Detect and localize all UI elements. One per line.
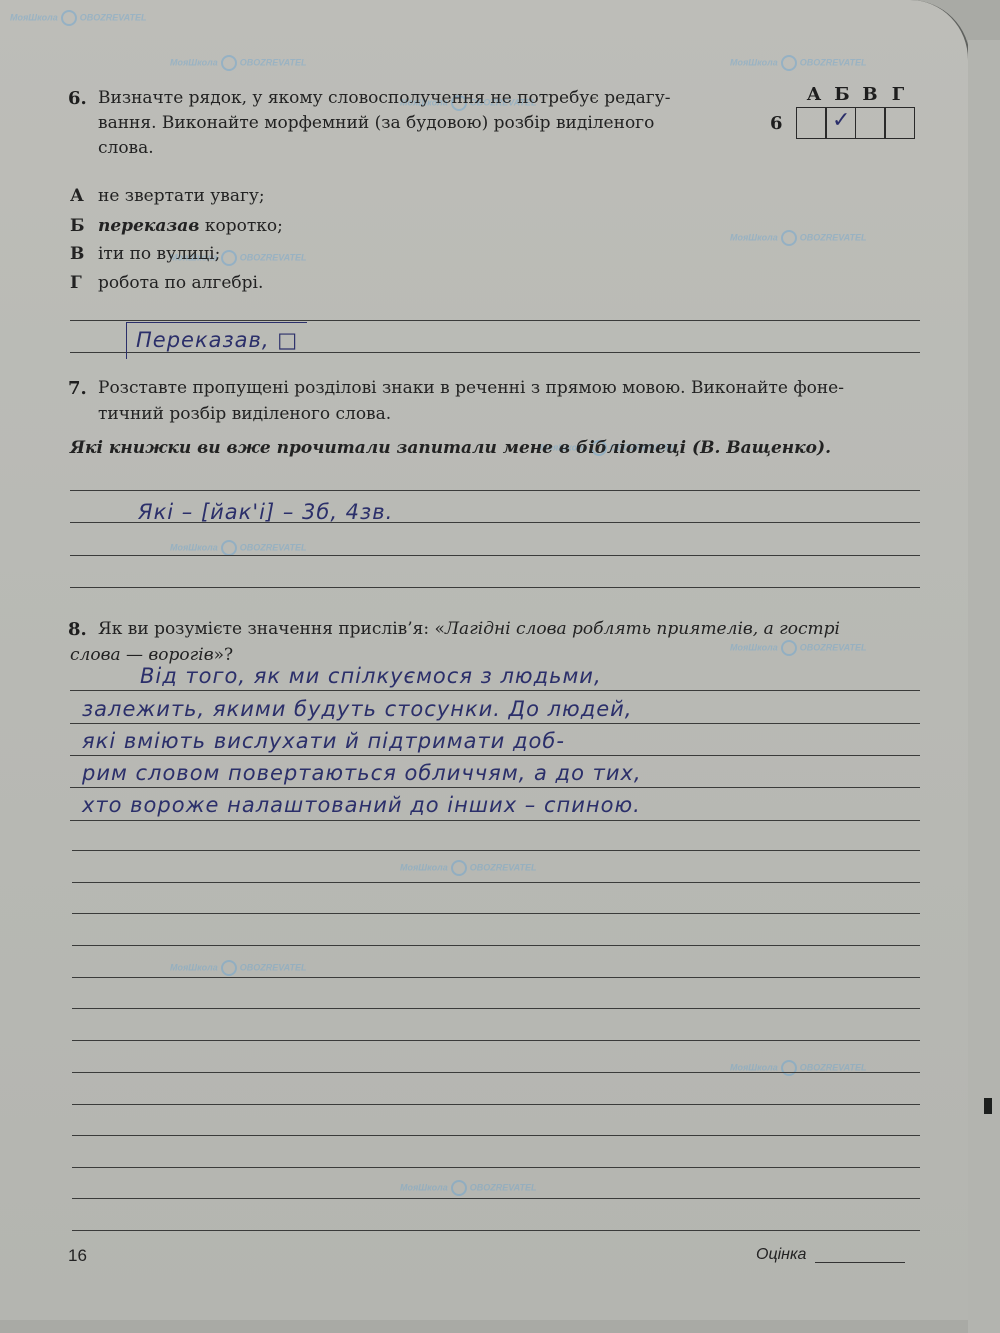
task-8-line-1: Як ви розумієте значення прислів’я: «Лаг… xyxy=(98,617,840,642)
task-6-line-2: вання. Виконайте морфемний (за будовою) … xyxy=(98,111,654,136)
answer-grid-col-v: В xyxy=(856,84,884,105)
watermark-logo-icon xyxy=(61,10,77,26)
task-7-line-2: тичний розбір виділеного слова. xyxy=(98,402,391,427)
highlighted-word: переказав xyxy=(98,216,199,236)
answer-cell-a[interactable] xyxy=(796,107,827,139)
watermark: МояШколаOBOZREVATEL xyxy=(170,540,306,556)
option-b: Бпереказав коротко; xyxy=(70,216,283,236)
handwritten-answer-8-line-5: хто вороже налаштований до інших – спино… xyxy=(82,793,641,817)
answer-line xyxy=(72,1198,920,1199)
watermark-logo-icon xyxy=(221,250,237,266)
answer-cell-v[interactable] xyxy=(855,107,886,139)
next-page-edge xyxy=(968,40,1000,1333)
answer-line xyxy=(70,555,920,556)
grade-field-line xyxy=(815,1262,905,1263)
answer-line xyxy=(70,755,920,756)
answer-line xyxy=(72,1104,920,1105)
watermark: МояШколаOBOZREVATEL xyxy=(730,1060,866,1076)
answer-line xyxy=(70,320,920,321)
answer-grid-row-label: 6 xyxy=(770,113,783,134)
option-v: Віти по вулиці; xyxy=(70,244,220,264)
answer-grid: ✓ xyxy=(797,107,915,139)
watermark: МояШколаOBOZREVATEL xyxy=(400,860,536,876)
answer-line xyxy=(70,723,920,724)
grade-label: Оцінка xyxy=(756,1246,806,1264)
watermark: МояШколаOBOZREVATEL xyxy=(730,640,866,656)
handwritten-answer-7: Які – [йак'і] – 3б, 4зв. xyxy=(138,500,393,524)
answer-line xyxy=(72,913,920,914)
handwritten-answer-8-line-1: Від того, як ми спілкуємося з людьми, xyxy=(140,664,602,688)
check-icon: ✓ xyxy=(832,108,850,133)
task-6-number: 6. xyxy=(68,88,87,109)
answer-line xyxy=(72,1230,920,1231)
watermark: МояШколаOBOZREVATEL xyxy=(170,960,306,976)
answer-line xyxy=(72,1167,920,1168)
task-6-line-3: слова. xyxy=(98,136,154,161)
option-a: Ане звертати увагу; xyxy=(70,186,265,206)
watermark: МояШколаOBOZREVATEL xyxy=(400,1180,536,1196)
handwritten-answer-6: Переказав, □ xyxy=(136,328,298,352)
watermark-logo-icon xyxy=(221,540,237,556)
answer-line xyxy=(72,1135,920,1136)
task-7-number: 7. xyxy=(68,378,87,399)
answer-grid-header: А Б В Г xyxy=(800,84,912,105)
workbook-page: МояШколаOBOZREVATEL МояШколаOBOZREVATEL … xyxy=(0,0,970,1320)
watermark-logo-icon xyxy=(781,1060,797,1076)
answer-line xyxy=(72,945,920,946)
answer-grid-col-b: Б xyxy=(828,84,856,105)
handwritten-answer-8-line-4: рим словом повертаються обличчям, а до т… xyxy=(82,761,642,785)
answer-line xyxy=(72,977,920,978)
watermark-logo-icon xyxy=(451,860,467,876)
answer-line xyxy=(70,690,920,691)
task-7-sentence: Які книжки ви вже прочитали запитали мен… xyxy=(70,436,831,461)
task-6-line-1: Визначте рядок, у якому словосполучення … xyxy=(98,86,670,111)
answer-cell-g[interactable] xyxy=(884,107,915,139)
task-7-line-1: Розставте пропущені розділові знаки в ре… xyxy=(98,376,844,401)
watermark-logo-icon xyxy=(781,55,797,71)
watermark-logo-icon xyxy=(451,1180,467,1196)
watermark-logo-icon xyxy=(221,55,237,71)
answer-line xyxy=(72,1040,920,1041)
answer-cell-b[interactable]: ✓ xyxy=(825,107,856,139)
answer-line xyxy=(72,882,920,883)
handwritten-answer-8-line-2: залежить, якими будуть стосунки. До люде… xyxy=(82,697,632,721)
answer-line xyxy=(72,1072,920,1073)
answer-line xyxy=(72,1008,920,1009)
watermark: МояШколаOBOZREVATEL xyxy=(170,55,306,71)
watermark: МояШколаOBOZREVATEL xyxy=(10,10,146,26)
watermark: МояШколаOBOZREVATEL xyxy=(730,230,866,246)
watermark-logo-icon xyxy=(781,230,797,246)
answer-line xyxy=(70,787,920,788)
answer-line xyxy=(70,490,920,491)
answer-line xyxy=(70,820,920,821)
task-8-number: 8. xyxy=(68,619,87,640)
watermark: МояШколаOBOZREVATEL xyxy=(730,55,866,71)
answer-grid-col-g: Г xyxy=(884,84,912,105)
page-tab-marker xyxy=(984,1098,992,1114)
page-number: 16 xyxy=(68,1246,87,1266)
handwritten-answer-8-line-3: які вміють вислухати й підтримати доб- xyxy=(82,729,565,753)
watermark-logo-icon xyxy=(221,960,237,976)
answer-grid-col-a: А xyxy=(800,84,828,105)
watermark-logo-icon xyxy=(781,640,797,656)
answer-line xyxy=(72,850,920,851)
option-g: Гробота по алгебрі. xyxy=(70,273,263,293)
answer-line xyxy=(70,587,920,588)
